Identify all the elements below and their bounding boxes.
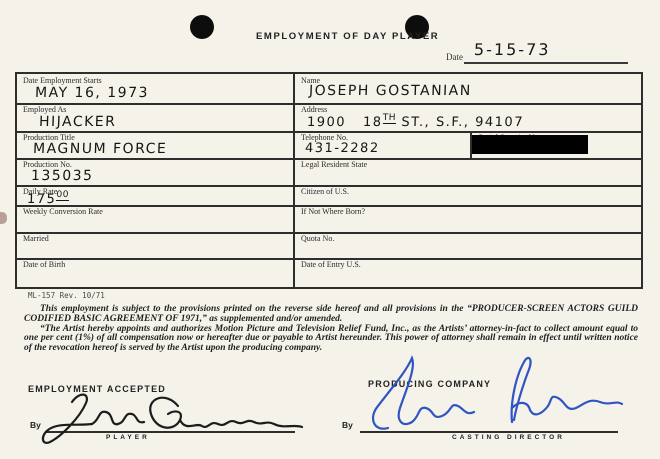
field-daily-rate: Daily Rate 17500 [17, 185, 293, 205]
field-label: Date of Entry U.S. [301, 260, 361, 269]
date-underline [464, 62, 628, 64]
scan-smudge [0, 212, 7, 224]
field-value-handwritten: HIJACKER [39, 114, 117, 130]
ssn-redaction-box [472, 135, 588, 154]
field-label: Citizen of U.S. [301, 187, 349, 196]
field-address: Address 1900 18TH ST., S.F., 94107 [295, 103, 641, 131]
field-value-handwritten: 431-2282 [305, 141, 380, 156]
legal-paragraph-1: This employment is subject to the provis… [24, 305, 638, 325]
field-production-no: Production No. 135035 [17, 158, 293, 185]
field-value-handwritten: 135035 [31, 168, 94, 184]
field-citizen-of-us: Citizen of U.S. [295, 185, 641, 205]
field-value-handwritten: MAY 16, 1973 [35, 85, 149, 101]
field-production-title: Production Title MAGNUM FORCE [17, 131, 293, 158]
field-employed-as: Employed As HIJACKER [17, 103, 293, 131]
field-value-handwritten: JOSEPH GOSTANIAN [309, 83, 472, 99]
field-table: Date Employment Starts MAY 16, 1973 Empl… [15, 72, 643, 289]
field-label: Date of Birth [23, 260, 65, 269]
field-date-employment-starts: Date Employment Starts MAY 16, 1973 [17, 74, 293, 103]
day-player-form-page: EMPLOYMENT OF DAY PLAYER Date 5-15-73 Da… [0, 0, 660, 459]
date-value-handwritten: 5-15-73 [474, 40, 551, 59]
address-part1: 1900 18 [307, 115, 383, 130]
field-value-handwritten: 1900 18TH ST., S.F., 94107 [307, 113, 525, 130]
field-telephone-no: Telephone No. 431-2282 [295, 131, 470, 158]
date-label: Date [446, 52, 463, 62]
address-ordinal: TH [382, 113, 396, 124]
hole-punch-left [190, 15, 214, 39]
field-label: Date Employment Starts [23, 76, 102, 85]
field-quota-no: Quota No. [295, 232, 641, 258]
field-date-of-entry-us: Date of Entry U.S. [295, 258, 641, 287]
form-number: ML-157 Rev. 10/71 [28, 291, 105, 300]
field-label: Quota No. [301, 234, 334, 243]
producing-by-label: By [342, 420, 353, 430]
legal-text: This employment is subject to the provis… [24, 305, 638, 354]
daily-rate-cents: 00 [56, 190, 69, 201]
field-label: Legal Resident State [301, 160, 367, 169]
field-label: Weekly Conversion Rate [23, 207, 103, 216]
casting-director-signature [362, 350, 628, 436]
field-married: Married [17, 232, 293, 258]
field-label: Employed As [23, 105, 66, 114]
field-legal-resident-state: Legal Resident State [295, 158, 641, 185]
field-value-handwritten: MAGNUM FORCE [33, 141, 168, 157]
address-part2: ST., S.F., 94107 [396, 115, 525, 130]
field-if-not-where-born: If Not Where Born? [295, 205, 641, 232]
field-date-of-birth: Date of Birth [17, 258, 293, 287]
field-name: Name JOSEPH GOSTANIAN [295, 74, 641, 103]
form-title: EMPLOYMENT OF DAY PLAYER [256, 31, 439, 42]
field-label: If Not Where Born? [301, 207, 365, 216]
field-weekly-conversion-rate: Weekly Conversion Rate [17, 205, 293, 232]
field-label: Married [23, 234, 49, 243]
player-signature [38, 386, 306, 448]
